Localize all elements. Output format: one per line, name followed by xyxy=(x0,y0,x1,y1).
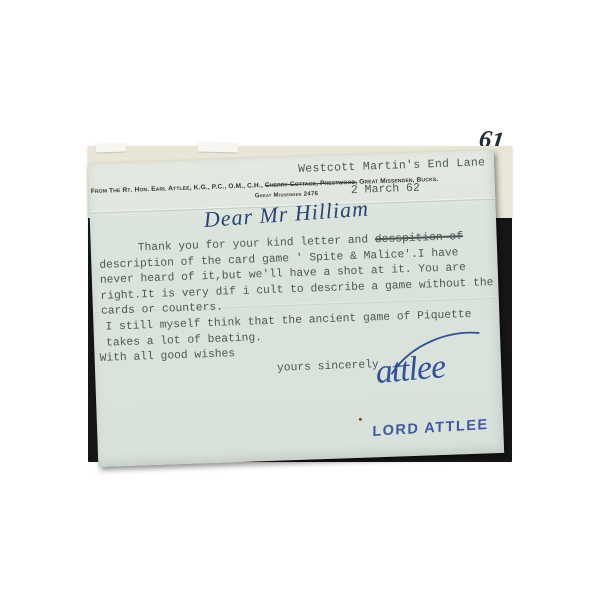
ink-spot xyxy=(359,418,362,421)
handwritten-salutation: Dear Mr Hilliam xyxy=(203,196,370,233)
handwritten-annotation-lord-attlee: LORD ATTLEE xyxy=(372,417,488,440)
sender-address: Westcott Martin's End Lane xyxy=(298,156,486,176)
paper-tab xyxy=(198,141,238,152)
letterhead-struck-address: Cherry Cottage, Prestwood, xyxy=(265,179,358,189)
letter-sheet: Westcott Martin's End Lane From The Rt. … xyxy=(88,150,504,467)
struck-typo-word: desspition-of xyxy=(375,231,464,246)
letter-date: 2 March 62 xyxy=(351,182,420,197)
paper-tab xyxy=(96,142,126,152)
signature-text: attlee xyxy=(374,348,447,391)
letter-photo: Westcott Martin's End Lane From The Rt. … xyxy=(88,145,512,462)
signature-attlee: attlee xyxy=(370,324,487,400)
